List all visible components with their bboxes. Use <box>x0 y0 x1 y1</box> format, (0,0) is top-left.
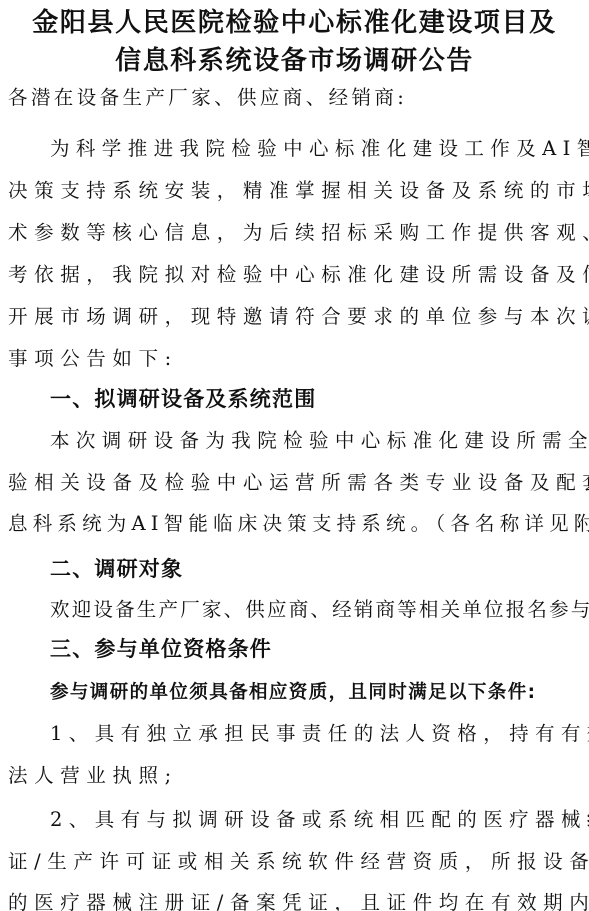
section-heading: 三、参与单位资格条件 <box>50 634 272 664</box>
section-line: 2、具有与拟调研设备或系统相匹配的医疗器械经营许可 <box>50 806 589 834</box>
section-line: 息科系统为AI智能临床决策支持系统。（各名称详见附件1) <box>8 510 589 538</box>
intro-line: 开展市场调研，现特邀请符合要求的单位参与本次调研，具体 <box>8 303 589 331</box>
section-line: 证/生产许可证或相关系统软件经营资质，所报设备具有有效 <box>8 848 589 876</box>
section-heading: 一、拟调研设备及系统范围 <box>50 384 316 414</box>
intro-line: 考依据，我院拟对检验中心标准化建设所需设备及信息科系统 <box>8 261 589 289</box>
section-line: 本次调研设备为我院检验中心标准化建设所需全品类检 <box>50 427 589 455</box>
document-title-line-1: 金阳县人民医院检验中心标准化建设项目及 <box>0 4 589 42</box>
section-line: 欢迎设备生产厂家、供应商、经销商等相关单位报名参与。 <box>50 596 589 624</box>
intro-line: 术参数等核心信息，为后续招标采购工作提供客观、详实的参 <box>8 219 589 247</box>
document-title-line-2: 信息科系统设备市场调研公告 <box>0 42 589 80</box>
section-line: 1、具有独立承担民事责任的法人资格，持有有效的企业 <box>50 720 589 748</box>
section-line: 法人营业执照; <box>8 762 178 790</box>
section-heading: 二、调研对象 <box>50 554 183 584</box>
section-line: 验相关设备及检验中心运营所需各类专业设备及配套设施;信 <box>8 469 589 497</box>
section-line: 的医疗器械注册证/备案凭证，且证件均在有效期内; <box>8 889 589 911</box>
intro-line: 决策支持系统安装，精准掌握相关设备及系统的市场价格、技 <box>8 177 589 205</box>
intro-line: 事项公告如下: <box>8 345 178 373</box>
intro-line: 为科学推进我院检验中心标准化建设工作及AI智能临床 <box>50 135 589 163</box>
salutation: 各潜在设备生产厂家、供应商、经销商: <box>8 84 407 112</box>
section-bold-lead: 参与调研的单位须具备相应资质，且同时满足以下条件: <box>50 679 536 707</box>
